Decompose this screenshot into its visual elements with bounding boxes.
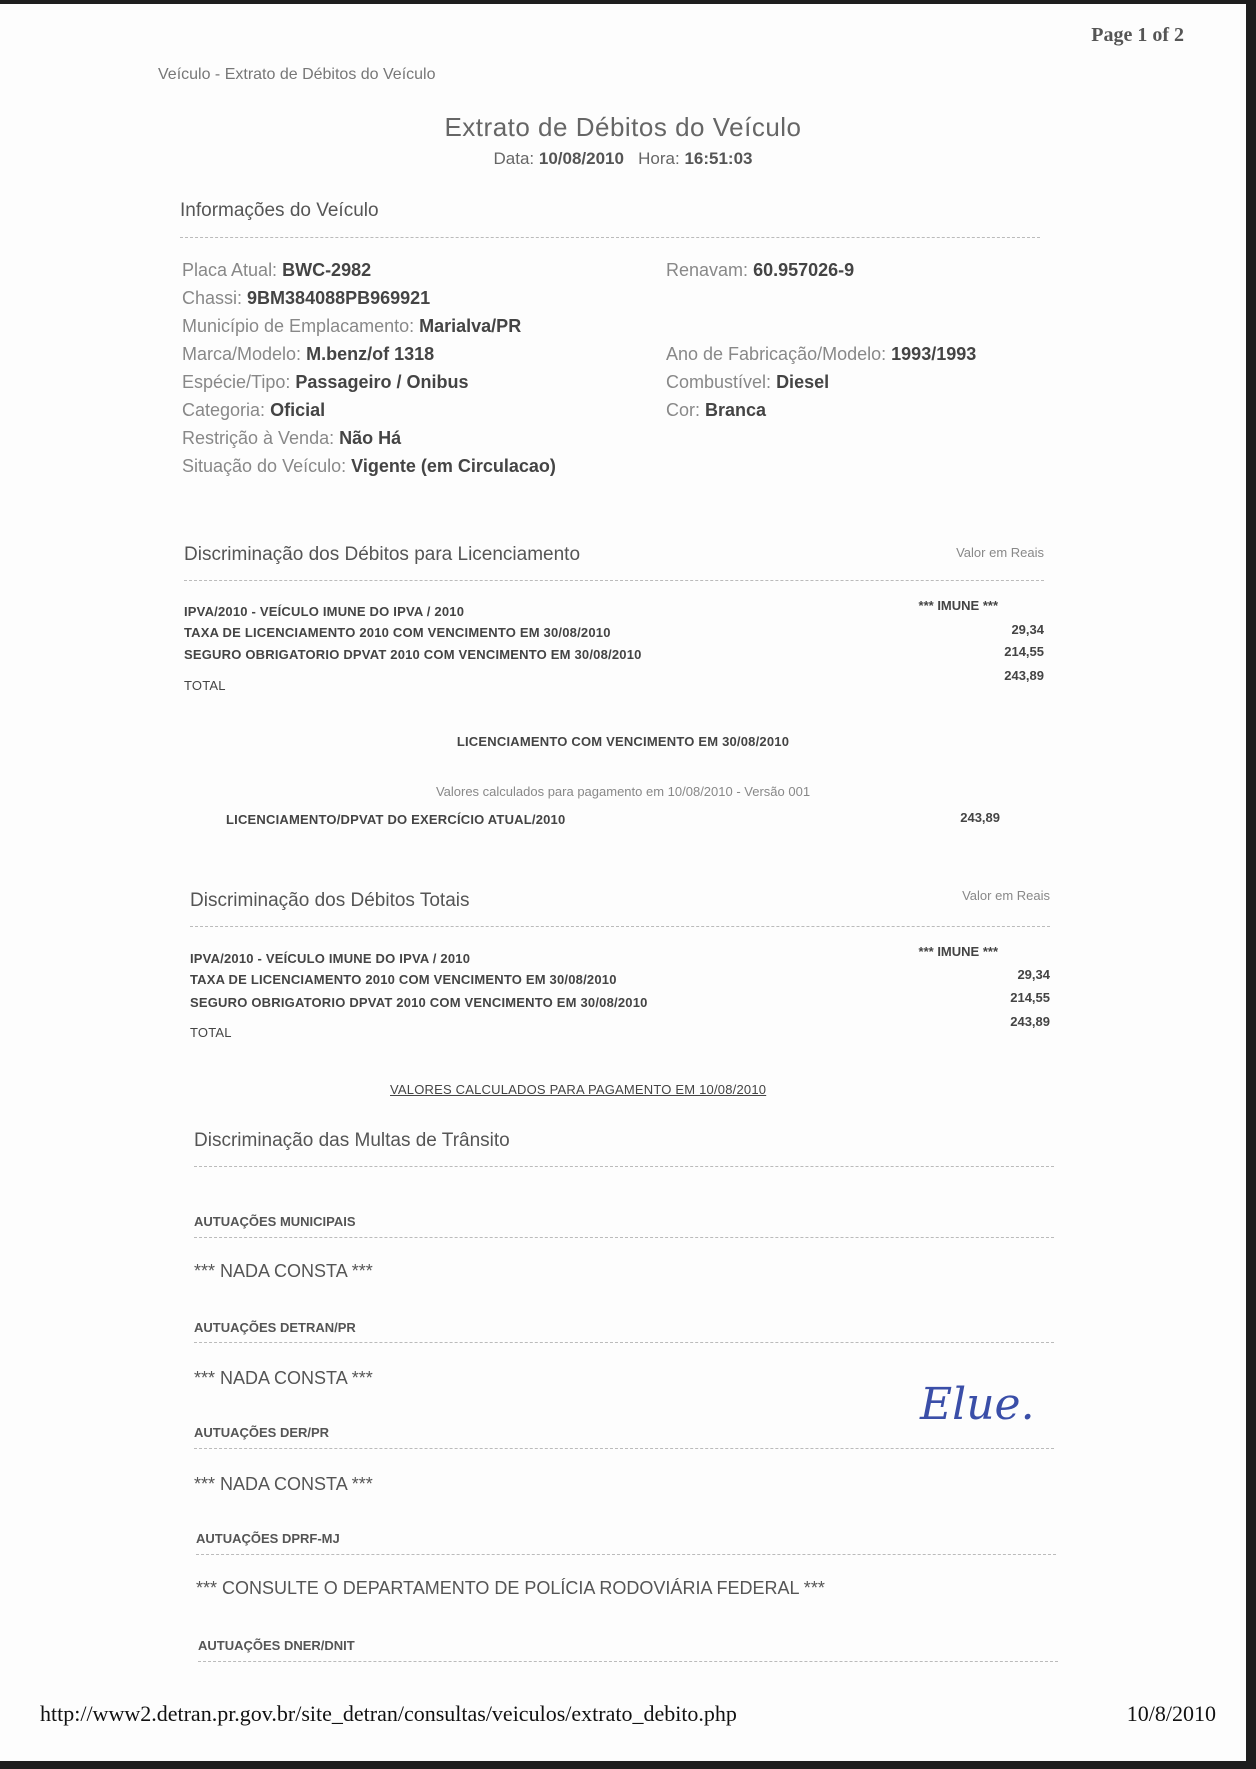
info-color: Cor: Branca [666, 400, 766, 421]
document-title: Extrato de Débitos do Veículo [0, 112, 1246, 143]
calc-note: Valores calculados para pagamento em 10/… [0, 784, 1246, 799]
info-species-type: Espécie/Tipo: Passageiro / Onibus [182, 372, 468, 393]
divider [184, 580, 1044, 581]
debt-row-description: TAXA DE LICENCIAMENTO 2010 COM VENCIMENT… [184, 625, 611, 640]
debt-total-value: 243,89 [1010, 1014, 1050, 1029]
fines-group-label: AUTUAÇÕES DPRF-MJ [196, 1531, 340, 1546]
date-value: 10/08/2010 [539, 149, 624, 168]
debt-row-value: *** IMUNE *** [919, 944, 998, 959]
fines-title: Discriminação das Multas de Trânsito [194, 1130, 510, 1152]
fines-group-status: *** NADA CONSTA *** [194, 1368, 373, 1389]
divider [194, 1448, 1054, 1449]
debt-row-value: 214,55 [1010, 990, 1050, 1005]
fines-group-status: *** NADA CONSTA *** [194, 1261, 373, 1282]
payment-calc-notice: VALORES CALCULADOS PARA PAGAMENTO EM 10/… [390, 1082, 766, 1097]
debt-row-value: 29,34 [1011, 622, 1044, 637]
info-fuel: Combustível: Diesel [666, 372, 829, 393]
info-make-model: Marca/Modelo: M.benz/of 1318 [182, 344, 434, 365]
fines-group-label: AUTUAÇÕES DETRAN/PR [194, 1320, 356, 1335]
info-municipality: Município de Emplacamento: Marialva/PR [182, 316, 521, 337]
total-debts-title: Discriminação dos Débitos Totais [190, 890, 470, 912]
debt-total-label: TOTAL [190, 1025, 232, 1040]
debt-total-label: TOTAL [184, 678, 226, 693]
fines-group-status: *** NADA CONSTA *** [194, 1474, 373, 1495]
divider [194, 1237, 1054, 1238]
debt-row-description: SEGURO OBRIGATORIO DPVAT 2010 COM VENCIM… [184, 647, 642, 662]
licensing-debts-title: Discriminação dos Débitos para Licenciam… [184, 544, 580, 566]
divider [196, 1554, 1056, 1555]
fines-group-label: AUTUAÇÕES DER/PR [194, 1425, 329, 1440]
debt-row-value: 214,55 [1004, 644, 1044, 659]
fines-group-label: AUTUAÇÕES DNER/DNIT [198, 1638, 355, 1653]
debt-row-description: IPVA/2010 - VEÍCULO IMUNE DO IPVA / 2010 [184, 604, 464, 619]
fines-group-status: *** CONSULTE O DEPARTAMENTO DE POLÍCIA R… [196, 1578, 825, 1599]
time-value: 16:51:03 [684, 149, 752, 168]
date-label: Data: [493, 149, 534, 168]
value-header: Valor em Reais [956, 545, 1044, 560]
browser-title: Veículo - Extrato de Débitos do Veículo [158, 66, 436, 84]
info-chassis: Chassi: 9BM384088PB969921 [182, 288, 430, 309]
divider [190, 926, 1050, 927]
debt-row-value: *** IMUNE *** [919, 598, 998, 613]
divider [194, 1166, 1054, 1167]
debt-row-description: TAXA DE LICENCIAMENTO 2010 COM VENCIMENT… [190, 972, 617, 987]
time-label: Hora: [638, 149, 680, 168]
debt-row-description: SEGURO OBRIGATORIO DPVAT 2010 COM VENCIM… [190, 995, 648, 1010]
divider [180, 237, 1040, 238]
footer-date: 10/8/2010 [1127, 1701, 1216, 1727]
debt-row-value: 29,34 [1017, 967, 1050, 982]
document-datetime: Data: 10/08/2010 Hora: 16:51:03 [0, 149, 1246, 169]
info-category: Categoria: Oficial [182, 400, 325, 421]
handwritten-signature: Elue. [920, 1379, 1035, 1430]
fines-group-label: AUTUAÇÕES MUNICIPAIS [194, 1214, 356, 1229]
info-renavam: Renavam: 60.957026-9 [666, 260, 854, 281]
current-year-value: 243,89 [960, 810, 1000, 825]
footer-url: http://www2.detran.pr.gov.br/site_detran… [40, 1701, 737, 1727]
current-year-label: LICENCIAMENTO/DPVAT DO EXERCÍCIO ATUAL/2… [226, 812, 565, 827]
vehicle-info-title: Informações do Veículo [180, 200, 379, 222]
value-header: Valor em Reais [962, 888, 1050, 903]
document-page: Page 1 of 2 Veículo - Extrato de Débitos… [0, 4, 1246, 1761]
info-sale-restriction: Restrição à Venda: Não Há [182, 428, 401, 449]
divider [194, 1342, 1054, 1343]
info-plate: Placa Atual: BWC-2982 [182, 260, 371, 281]
page-indicator: Page 1 of 2 [1091, 24, 1184, 47]
licensing-due-notice: LICENCIAMENTO COM VENCIMENTO EM 30/08/20… [0, 734, 1246, 749]
info-year: Ano de Fabricação/Modelo: 1993/1993 [666, 344, 976, 365]
debt-row-description: IPVA/2010 - VEÍCULO IMUNE DO IPVA / 2010 [190, 951, 470, 966]
info-vehicle-status: Situação do Veículo: Vigente (em Circula… [182, 456, 556, 477]
divider [198, 1661, 1058, 1662]
debt-total-value: 243,89 [1004, 668, 1044, 683]
